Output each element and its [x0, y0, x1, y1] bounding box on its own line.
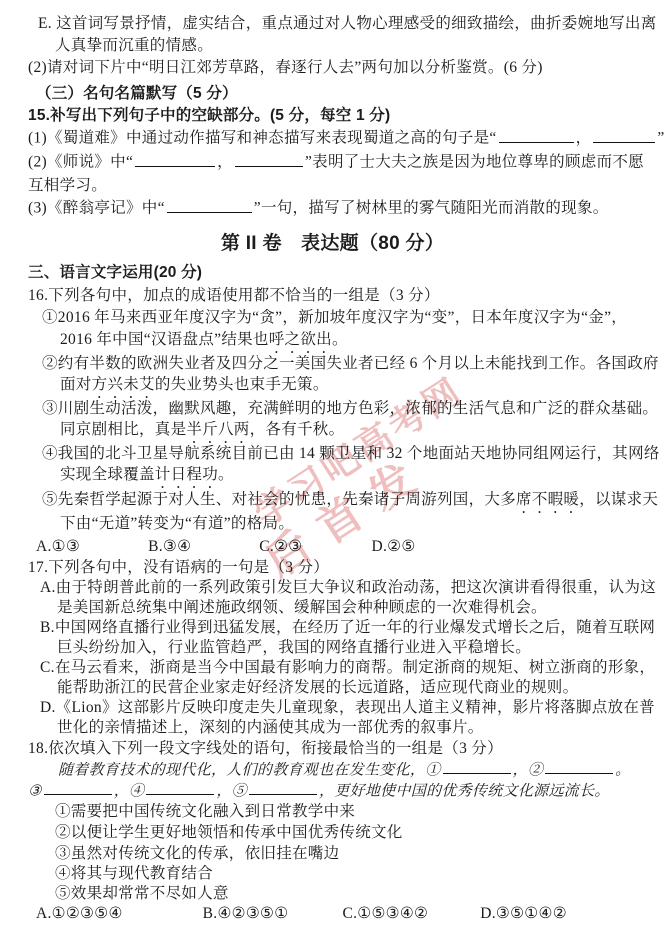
q17-option-b-line1: B.中国网络直播行业得到迅猛发展，在经历了近一年的行业爆发式增长之后，随着互联网: [40, 617, 655, 638]
exam-page: E. 这首词写景抒情，虚实结合，重点通过对人物心理感受的细致描绘，曲折委婉地写出…: [0, 0, 665, 930]
answer-blank: [44, 780, 112, 795]
text-segment: 下由“无道”转变为“有道”的格局。: [60, 515, 294, 532]
text-segment: 方兴未艾: [92, 376, 155, 393]
text-segment: 计日程功: [155, 466, 218, 483]
q17-option-c-line2: 能帮助浙江的民营企业家走好经济发展的长远道路，适应现代商业的规则。: [57, 677, 578, 698]
text-segment: ，④: [114, 783, 145, 799]
answer-blank: [499, 127, 574, 143]
text-segment: D.《Lion》这部影片反映印度走失儿童现象，表现出人道主义精神，影片将落脚点放…: [40, 699, 655, 716]
text-segment: ⑤先秦哲学起源于对人生、对社会的忧患，先秦诸子周游列国，大多: [42, 491, 516, 508]
text-segment: ”。: [657, 130, 665, 147]
text-segment: A.由于特朗普此前的一系列政策引发巨大争议和政治动荡，把这次演讲看得很重，认为这: [40, 579, 656, 596]
text-segment: 世化的亲情描述上，深刻的内涵使其成为一部优秀的叙事片。: [57, 719, 484, 736]
q18-option-a: A.①②③⑤④: [36, 905, 123, 922]
q18-item4: ④将其与现代教育结合: [55, 863, 213, 884]
q14-option-e-line2: 人真挚而沉重的情感。: [55, 35, 213, 56]
text-segment: 。: [218, 466, 234, 483]
q17-option-c-line1: C.在马云看来，浙商是当今中国最有影响力的商帮。制定浙商的规矩、树立浙商的形象，: [40, 657, 655, 678]
q16-options: A.①③B.③④C.②③D.②⑤: [36, 536, 416, 557]
q15-item2-line2: 互相学习。: [28, 175, 107, 196]
text-segment: ”表明了士大夫之族是因为地位尊卑的顾虑而不愿: [305, 154, 644, 171]
q14-sub-question-2: (2)请对词下片中“明日江郊芳草路，春逐行人去”两句加以分析鉴赏。(6 分): [28, 57, 543, 78]
text-segment: 面对: [60, 376, 92, 393]
text-segment: 。: [332, 331, 348, 348]
answer-blank: [593, 127, 655, 143]
text-segment: ，更好地使中国的优秀传统文化源远流长。: [319, 783, 610, 799]
q17-option-d-line1: D.《Lion》这部影片反映印度走失儿童现象，表现出人道主义精神，影片将落脚点放…: [40, 697, 655, 718]
text-segment: ②以便让学生更好地领悟和传承中国优秀传统文化: [55, 824, 403, 841]
q15-item2-line1: (2)《师说》中“，”表明了士大夫之族是因为地位尊卑的顾虑而不愿: [28, 151, 644, 173]
q16-item1-line1: ①2016 年马来西亚年度汉字为“贪”，新加坡年度汉字为“变”，日本年度汉字为“…: [42, 307, 627, 328]
answer-blank: [167, 197, 252, 213]
q18-item5: ⑤效果却常常不尽如人意: [55, 883, 229, 904]
q17-stem: 17.下列各句中，没有语病的一句是（3 分）: [28, 557, 329, 578]
q18-option-c: C.①⑤③④②: [342, 905, 428, 922]
q18-item2: ②以便让学生更好地领悟和传承中国优秀传统文化: [55, 822, 403, 843]
text-segment: 15.补写出下列句子中的空缺部分。(5 分，每空 1 分): [28, 107, 390, 124]
q18-intro-line2: ③，④，⑤，更好地使中国的优秀传统文化源远流长。: [28, 780, 610, 802]
text-segment: 能帮助浙江的民营企业家走好经济发展的长远道路，适应现代商业的规则。: [57, 679, 578, 696]
text-segment: ④将其与现代教育结合: [55, 865, 213, 882]
text-segment: ③虽然对传统文化的传承，依旧挂在嘴边: [55, 845, 339, 862]
q15-item1: (1)《蜀道难》中通过动作描写和神态描写来表现蜀道之高的句子是“，”。: [28, 127, 665, 149]
answer-blank: [235, 151, 303, 167]
text-segment: ，: [576, 130, 592, 147]
text-segment: ③川剧生动活泼，幽默风趣，充满鲜明的地方色彩，浓郁的生活气息和广泛的群众基础。: [42, 400, 658, 417]
q17-option-a-line1: A.由于特朗普此前的一系列政策引发巨大争议和政治动荡，把这次演讲看得很重，认为这: [40, 577, 656, 598]
text-segment: ，②: [513, 762, 544, 778]
q14-option-e-line1: E. 这首词写景抒情，虚实结合，重点通过对人物心理感受的细致描绘，曲折委婉地写出…: [38, 13, 657, 34]
text-segment: (2)请对词下片中“明日江郊芳草路，春逐行人去”两句加以分析鉴赏。(6 分): [28, 59, 543, 76]
text-segment: 17.下列各句中，没有语病的一句是（3 分）: [28, 559, 329, 576]
text-segment: 同京剧相比，真是: [60, 421, 186, 438]
text-segment: 16.下列各句中，加点的成语使用都不恰当的一组是（3 分）: [28, 287, 440, 304]
text-segment: 呼之欲出: [269, 331, 332, 348]
text-segment: (2)《师说》中“: [28, 154, 133, 171]
text-segment: 随着教育技术的现代化，人们的教育观也在发生变化，①: [58, 762, 441, 778]
text-segment: ，: [217, 154, 233, 171]
text-segment: (1)《蜀道难》中通过动作描写和神态描写来表现蜀道之高的句子是“: [28, 130, 497, 147]
text-segment: E. 这首词写景抒情，虚实结合，重点通过对人物心理感受的细致描绘，曲折委婉地写出…: [38, 15, 657, 32]
text-segment: ③: [28, 783, 42, 799]
text-segment: ②约有半数的欧洲失业者及四分之一美国失业者已经 6 个月以上未能找到工作。各国政…: [42, 355, 659, 372]
text-segment: 人真挚而沉重的情感。: [55, 37, 213, 54]
q16-item5-line2: 下由“无道”转变为“有道”的格局。: [60, 513, 294, 534]
text-segment: 巨头纷纷加入，行业监管趋严，我国的网络直播行业进入平稳增长。: [57, 639, 531, 656]
text-segment: 18.依次填入下列一段文字线处的语句，衔接最恰当的一组是（3 分）: [28, 740, 503, 757]
section-three-header: 三、语言文字运用(20 分): [28, 262, 202, 283]
q16-item2-line1: ②约有半数的欧洲失业者及四分之一美国失业者已经 6 个月以上未能找到工作。各国政…: [42, 353, 659, 374]
text-segment: 的失业势头也束手无策。: [155, 376, 329, 393]
q16-item4-line2: 实现全球覆盖计日程功。: [60, 464, 234, 492]
q16-option-a: A.①③: [36, 538, 80, 555]
text-segment: 实现全球覆盖: [60, 466, 155, 483]
text-segment: ”一句，描写了树林里的雾气随阳光而消散的现象。: [254, 200, 609, 217]
text-segment: 第 II 卷 表达题（80 分）: [221, 233, 444, 254]
text-segment: ，以谋求天: [579, 491, 658, 508]
section3-header: （三）名句名篇默写（5 分）: [36, 83, 238, 104]
q18-option-b: B.④②③⑤①: [203, 905, 289, 922]
q18-stem: 18.依次填入下列一段文字线处的语句，衔接最恰当的一组是（3 分）: [28, 738, 503, 759]
part2-title: 第 II 卷 表达题（80 分）: [0, 231, 665, 257]
text-segment: 2016 年中国“汉语盘点”结果也: [60, 331, 269, 348]
text-segment: （三）名句名篇默写（5 分）: [36, 85, 238, 102]
text-segment: 是美国新总统集中阐述施政纲领、缓解国会种种顾虑的一次难得机会。: [57, 599, 547, 616]
q15-item3: (3)《醉翁亭记》中“”一句，描写了树林里的雾气随阳光而消散的现象。: [28, 197, 609, 219]
text-segment: (3)《醉翁亭记》中“: [28, 200, 165, 217]
q18-item1: ①需要把中国传统文化融入到日常教学中来: [55, 801, 355, 822]
q16-option-b: B.③④: [148, 538, 191, 555]
q16-option-c: C.②③: [259, 538, 302, 555]
text-segment: ，各有千秋。: [250, 421, 345, 438]
q18-options: A.①②③⑤④B.④②③⑤①C.①⑤③④②D.③⑤①④②: [36, 903, 567, 924]
text-segment: B.中国网络直播行业得到迅猛发展，在经历了近一年的行业爆发式增长之后，随着互联网: [40, 619, 655, 636]
q17-option-d-line2: 世化的亲情描述上，深刻的内涵使其成为一部优秀的叙事片。: [57, 717, 484, 738]
text-segment: 。: [615, 762, 630, 778]
text-segment: ①2016 年马来西亚年度汉字为“贪”，新加坡年度汉字为“变”，日本年度汉字为“…: [42, 309, 627, 326]
text-segment: ④我国的北斗卫星导航系统目前已由 14 颗卫星和 32 个地面站天地协同组网运行…: [42, 445, 660, 462]
q15-stem: 15.补写出下列句子中的空缺部分。(5 分，每空 1 分): [28, 105, 390, 126]
q16-option-d: D.②⑤: [372, 538, 416, 555]
answer-blank: [135, 151, 215, 167]
q18-intro-line1: 随着教育技术的现代化，人们的教育观也在发生变化，①，②。: [58, 759, 630, 781]
text-segment: 三、语言文字运用(20 分): [28, 264, 202, 281]
q18-option-d: D.③⑤①④②: [480, 905, 567, 922]
q17-option-b-line2: 巨头纷纷加入，行业监管趋严，我国的网络直播行业进入平稳增长。: [57, 637, 531, 658]
q16-item4-line1: ④我国的北斗卫星导航系统目前已由 14 颗卫星和 32 个地面站天地协同组网运行…: [42, 443, 660, 464]
q18-item3: ③虽然对传统文化的传承，依旧挂在嘴边: [55, 843, 339, 864]
answer-blank: [545, 759, 613, 774]
text-segment: ，⑤: [216, 783, 247, 799]
text-segment: 席不暇暖: [516, 491, 579, 508]
q16-stem: 16.下列各句中，加点的成语使用都不恰当的一组是（3 分）: [28, 285, 440, 306]
answer-blank: [146, 780, 214, 795]
q16-item3-line1: ③川剧生动活泼，幽默风趣，充满鲜明的地方色彩，浓郁的生活气息和广泛的群众基础。: [42, 398, 658, 419]
text-segment: ①需要把中国传统文化融入到日常教学中来: [55, 803, 355, 820]
text-segment: ⑤效果却常常不尽如人意: [55, 885, 229, 902]
text-segment: 半斤八两: [186, 421, 249, 438]
text-segment: C.在马云看来，浙商是当今中国最有影响力的商帮。制定浙商的规矩、树立浙商的形象，: [40, 659, 655, 676]
answer-blank: [443, 759, 511, 774]
q17-option-a-line2: 是美国新总统集中阐述施政纲领、缓解国会种种顾虑的一次难得机会。: [57, 597, 547, 618]
text-segment: 互相学习。: [28, 177, 107, 194]
answer-blank: [249, 780, 317, 795]
